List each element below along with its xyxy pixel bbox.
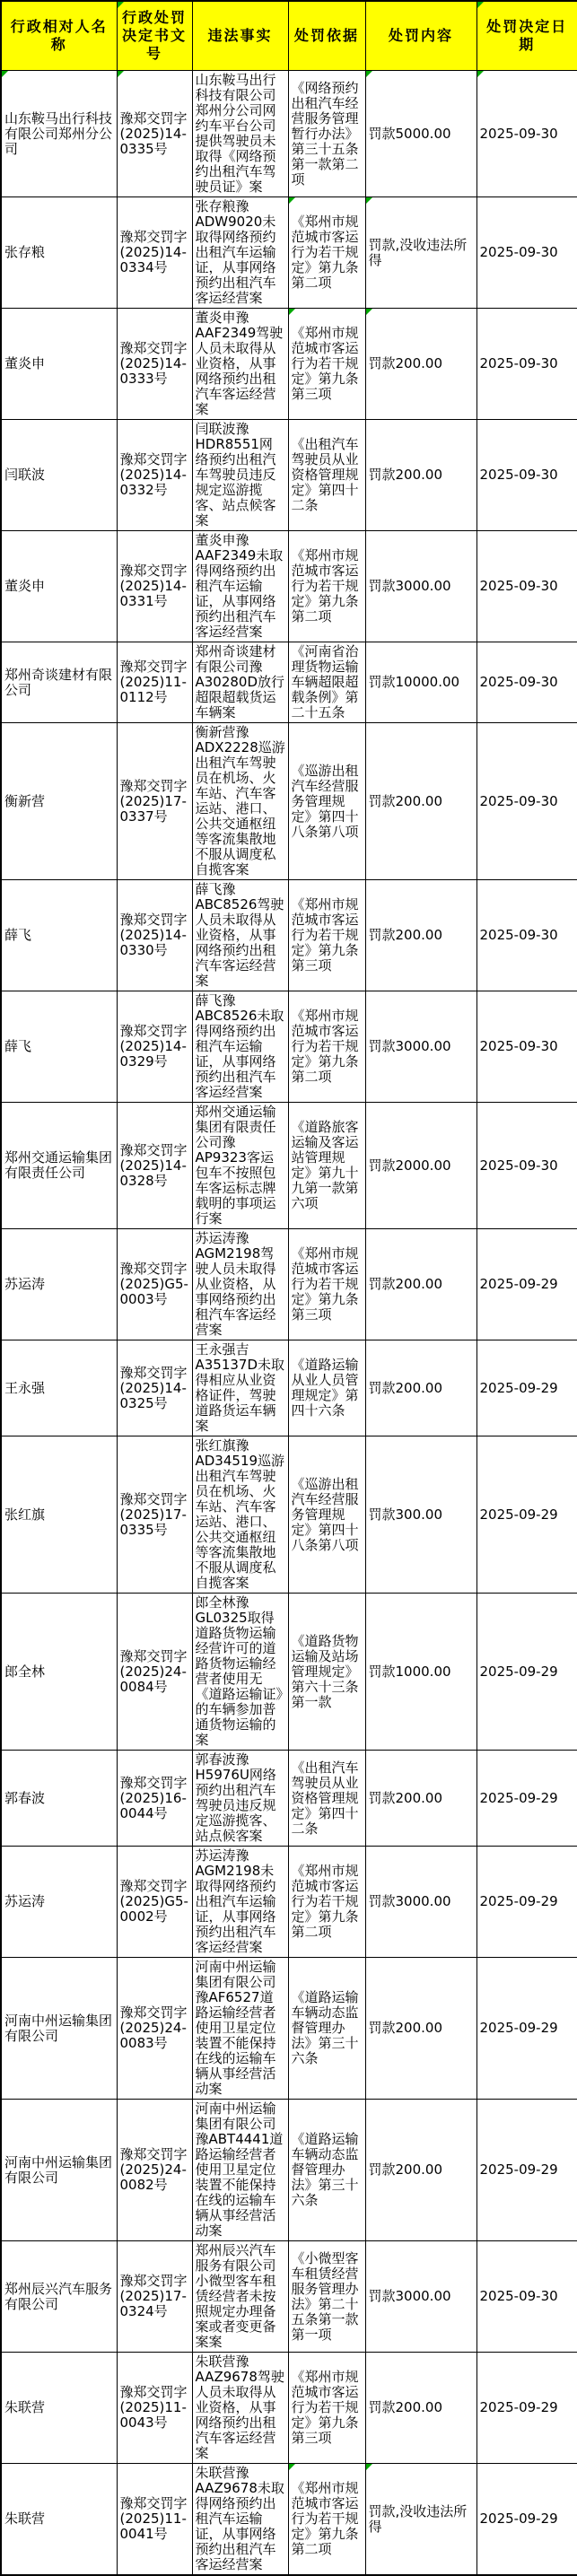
- cell-doc: 豫郑交罚字(2025)14-0329号: [117, 991, 192, 1103]
- cell-basis: 《道路运输车辆动态监督管理办法》第三十六条: [288, 1958, 365, 2100]
- cell-date: 2025-09-30: [476, 880, 577, 991]
- cell-name: 郎全林: [1, 1594, 117, 1751]
- table-row: 朱联营豫郑交罚字(2025)11-0041号朱联营豫AAZ9678未取得网络预约…: [1, 2464, 577, 2576]
- cell-name: 郑州奇谈建材有限公司: [1, 642, 117, 723]
- cell-doc: 豫郑交罚字(2025)14-0330号: [117, 880, 192, 991]
- cell-penalty: 罚款1000.00: [365, 1594, 476, 1751]
- table-row: 郑州辰兴汽车服务有限公司豫郑交罚字(2025)17-0324号郑州辰兴汽车服务有…: [1, 2241, 577, 2353]
- cell-doc: 豫郑交罚字(2025)17-0335号: [117, 1436, 192, 1594]
- table-row: 闫联波豫郑交罚字(2025)14-0332号闫联波豫HDR8551网络预约出租汽…: [1, 420, 577, 531]
- cell-doc: 豫郑交罚字(2025)11-0041号: [117, 2464, 192, 2576]
- cell-name: 张存粮: [1, 197, 117, 309]
- cell-basis: 《郑州市规范城市客运行为若干规定》第九条第二项: [288, 197, 365, 309]
- cell-facts: 王永强吉A35137D未取得相应从业资格证件，驾驶道路货运车辆案: [192, 1340, 288, 1436]
- cell-date: 2025-09-30: [476, 531, 577, 642]
- table-row: 王永强豫郑交罚字(2025)14-0325号王永强吉A35137D未取得相应从业…: [1, 1340, 577, 1436]
- cell-penalty: 罚款5000.00: [365, 71, 476, 197]
- cell-penalty: 罚款2000.00: [365, 1103, 476, 1229]
- cell-corner-flag-icon: [289, 309, 295, 315]
- cell-basis: 《网络预约出租汽车经营服务管理暂行办法》第三十五条第一款第二项: [288, 71, 365, 197]
- cell-corner-flag-icon: [366, 2464, 372, 2470]
- cell-basis: 《郑州市规范城市客运行为若干规定》第九条第三项: [288, 1229, 365, 1340]
- cell-doc: 豫郑交罚字(2025)14-0331号: [117, 531, 192, 642]
- cell-basis: 《郑州市规范城市客运行为若干规定》第九条第三项: [288, 880, 365, 991]
- cell-corner-flag-icon: [477, 71, 484, 77]
- cell-penalty: 罚款200.00: [365, 723, 476, 880]
- cell-name: 董炎申: [1, 531, 117, 642]
- cell-name: 闫联波: [1, 420, 117, 531]
- cell-penalty: 罚款3000.00: [365, 1847, 476, 1958]
- cell-name: 苏运涛: [1, 1847, 117, 1958]
- cell-name: 郭春波: [1, 1751, 117, 1847]
- cell-facts: 董炎申豫AAF2349驾驶人员未取得从业资格，从事网络预约出租汽车客运经营案: [192, 309, 288, 420]
- cell-date: 2025-09-29: [476, 2464, 577, 2576]
- table-row: 郑州奇谈建材有限公司豫郑交罚字(2025)11-0112号郑州奇谈建材有限公司豫…: [1, 642, 577, 723]
- cell-corner-flag-icon: [366, 197, 372, 204]
- cell-penalty: 罚款3000.00: [365, 991, 476, 1103]
- cell-date: 2025-09-29: [476, 1436, 577, 1594]
- table-row: 朱联营豫郑交罚字(2025)11-0043号朱联营豫AAZ9678驾驶人员未取得…: [1, 2353, 577, 2464]
- cell-penalty: 罚款3000.00: [365, 2241, 476, 2353]
- cell-basis: 《道路运输车辆动态监督管理办法》第三十六条: [288, 2100, 365, 2241]
- cell-basis: 《郑州市规范城市客运行为若干规定》第九条第三项: [288, 2353, 365, 2464]
- table-row: 张红旗豫郑交罚字(2025)17-0335号张红旗豫AD34519巡游出租汽车驾…: [1, 1436, 577, 1594]
- cell-date: 2025-09-29: [476, 1340, 577, 1436]
- cell-corner-flag-icon: [118, 71, 124, 77]
- table-body: 山东鞍马出行科技有限公司郑州分公司豫郑交罚字(2025)14-0335号山东鞍马…: [1, 71, 577, 2576]
- cell-basis: 《道路货物运输及站场管理规定》第六十三条第一款: [288, 1594, 365, 1751]
- table-row: 董炎申豫郑交罚字(2025)14-0333号董炎申豫AAF2349驾驶人员未取得…: [1, 309, 577, 420]
- cell-doc: 豫郑交罚字(2025)14-0325号: [117, 1340, 192, 1436]
- cell-name: 衡新营: [1, 723, 117, 880]
- table-row: 山东鞍马出行科技有限公司郑州分公司豫郑交罚字(2025)14-0335号山东鞍马…: [1, 71, 577, 197]
- cell-facts: 朱联营豫AAZ9678未取得网络预约出租汽车运输证，从事网络预约出租汽车客运经营…: [192, 2464, 288, 2576]
- cell-name: 苏运涛: [1, 1229, 117, 1340]
- cell-corner-flag-icon: [366, 71, 372, 77]
- cell-date: 2025-09-29: [476, 1594, 577, 1751]
- cell-basis: 《郑州市规范城市客运行为若干规定》第九条第三项: [288, 309, 365, 420]
- cell-doc: 豫郑交罚字(2025)14-0334号: [117, 197, 192, 309]
- cell-date: 2025-09-29: [476, 1229, 577, 1340]
- cell-doc: 豫郑交罚字(2025)14-0332号: [117, 420, 192, 531]
- cell-penalty: 罚款3000.00: [365, 531, 476, 642]
- cell-facts: 山东鞍马出行科技有限公司郑州分公司网约车平台公司提供驾驶员未取得《网络预约出租汽…: [192, 71, 288, 197]
- cell-name: 朱联营: [1, 2464, 117, 2576]
- cell-corner-flag-icon: [477, 2, 484, 8]
- cell-date: 2025-09-30: [476, 309, 577, 420]
- cell-facts: 郭春波豫H5976U网络预约出租汽车驾驶员违反规定巡游揽客、站点候客案: [192, 1751, 288, 1847]
- cell-basis: 《出租汽车驾驶员从业资格管理规定》第四十二条: [288, 420, 365, 531]
- cell-name: 河南中州运输集团有限公司: [1, 1958, 117, 2100]
- col-header-name: 行政相对人名称: [1, 1, 117, 71]
- cell-name: 河南中州运输集团有限公司: [1, 2100, 117, 2241]
- cell-penalty: 罚款200.00: [365, 880, 476, 991]
- cell-date: 2025-09-30: [476, 71, 577, 197]
- cell-name: 郑州辰兴汽车服务有限公司: [1, 2241, 117, 2353]
- cell-basis: 《小微型客车租赁经营服务管理办法》第二十五条第一款第一项: [288, 2241, 365, 2353]
- cell-penalty: 罚款10000.00: [365, 642, 476, 723]
- cell-name: 王永强: [1, 1340, 117, 1436]
- cell-basis: 《郑州市规范城市客运行为若干规定》第九条第二项: [288, 991, 365, 1103]
- col-header-facts: 违法事实: [192, 1, 288, 71]
- cell-basis: 《郑州市规范城市客运行为若干规定》第九条第二项: [288, 531, 365, 642]
- cell-penalty: 罚款200.00: [365, 1958, 476, 2100]
- cell-facts: 苏运涛豫AGM2198驾驶人员未取得从业资格，从事网络预约出租汽车客运经营案: [192, 1229, 288, 1340]
- cell-date: 2025-09-30: [476, 991, 577, 1103]
- table-row: 薛飞豫郑交罚字(2025)14-0329号薛飞豫ABC8526未取得网络预约出租…: [1, 991, 577, 1103]
- cell-doc: 豫郑交罚字(2025)G5-0003号: [117, 1229, 192, 1340]
- cell-facts: 郎全林豫GL0325取得道路货物运输经营许可的道路货物运输经营者使用无《道路运输…: [192, 1594, 288, 1751]
- cell-facts: 河南中州运输集团有限公司豫AF6527道路运输经营者使用卫星定位装置不能保持在线…: [192, 1958, 288, 2100]
- cell-name: 董炎申: [1, 309, 117, 420]
- col-header-doc-no: 行政处罚决定书文号: [117, 1, 192, 71]
- table-row: 张存粮豫郑交罚字(2025)14-0334号张存粮豫ADW9020未取得网络预约…: [1, 197, 577, 309]
- cell-date: 2025-09-29: [476, 2100, 577, 2241]
- cell-facts: 郑州辰兴汽车服务有限公司小微型客车租赁经营者未按照规定办理备案或者变更备案案: [192, 2241, 288, 2353]
- cell-date: 2025-09-30: [476, 723, 577, 880]
- cell-facts: 薛飞豫ABC8526驾驶人员未取得从业资格，从事网络预约出租汽车客运经营案: [192, 880, 288, 991]
- cell-corner-flag-icon: [366, 309, 372, 315]
- cell-name: 张红旗: [1, 1436, 117, 1594]
- cell-facts: 朱联营豫AAZ9678驾驶人员未取得从业资格，从事网络预约出租汽车客运经营案: [192, 2353, 288, 2464]
- cell-doc: 豫郑交罚字(2025)14-0335号: [117, 71, 192, 197]
- cell-penalty: 罚款200.00: [365, 1340, 476, 1436]
- cell-facts: 张红旗豫AD34519巡游出租汽车驾驶员在机场、火车站、汽车客运站、港口、公共交…: [192, 1436, 288, 1594]
- header-row: 行政相对人名称 行政处罚决定书文号 违法事实 处罚依据 处罚内容 处罚决定日期: [1, 1, 577, 71]
- cell-penalty: 罚款200.00: [365, 2353, 476, 2464]
- cell-penalty: 罚款200.00: [365, 2100, 476, 2241]
- cell-doc: 豫郑交罚字(2025)11-0112号: [117, 642, 192, 723]
- table-row: 衡新营豫郑交罚字(2025)17-0337号衡新营豫ADX2228巡游出租汽车驾…: [1, 723, 577, 880]
- table-row: 河南中州运输集团有限公司豫郑交罚字(2025)24-0083号河南中州运输集团有…: [1, 1958, 577, 2100]
- cell-penalty: 罚款,没收违法所得: [365, 197, 476, 309]
- cell-name: 薛飞: [1, 991, 117, 1103]
- cell-doc: 豫郑交罚字(2025)24-0082号: [117, 2100, 192, 2241]
- cell-basis: 《出租汽车驾驶员从业资格管理规定》第四十二条: [288, 1751, 365, 1847]
- cell-date: 2025-09-30: [476, 197, 577, 309]
- cell-facts: 郑州交通运输集团有限责任公司豫AP9323客运包车不按照包车客运标志牌载明的事项…: [192, 1103, 288, 1229]
- cell-basis: 《道路旅客运输及客运站管理规定》第九十九第一款第六项: [288, 1103, 365, 1229]
- cell-date: 2025-09-29: [476, 1751, 577, 1847]
- cell-facts: 河南中州运输集团有限公司豫ABT4441道路运输经营者使用卫星定位装置不能保持在…: [192, 2100, 288, 2241]
- cell-name: 薛飞: [1, 880, 117, 991]
- cell-doc: 豫郑交罚字(2025)14-0333号: [117, 309, 192, 420]
- cell-basis: 《道路运输从业人员管理规定》第四十六条: [288, 1340, 365, 1436]
- cell-corner-flag-icon: [2, 71, 8, 77]
- table-row: 郭春波豫郑交罚字(2025)16-0044号郭春波豫H5976U网络预约出租汽车…: [1, 1751, 577, 1847]
- cell-penalty: 罚款200.00: [365, 1229, 476, 1340]
- cell-facts: 薛飞豫ABC8526未取得网络预约出租汽车运输证，从事网络预约出租汽车客运经营案: [192, 991, 288, 1103]
- col-header-date: 处罚决定日期: [476, 1, 577, 71]
- col-header-penalty: 处罚内容: [365, 1, 476, 71]
- table-header: 行政相对人名称 行政处罚决定书文号 违法事实 处罚依据 处罚内容 处罚决定日期: [1, 1, 577, 71]
- cell-penalty: 罚款300.00: [365, 1436, 476, 1594]
- table-row: 郑州交通运输集团有限责任公司豫郑交罚字(2025)14-0328号郑州交通运输集…: [1, 1103, 577, 1229]
- cell-penalty: 罚款200.00: [365, 309, 476, 420]
- cell-facts: 衡新营豫ADX2228巡游出租汽车驾驶员在机场、火车站、汽车客运站、港口、公共交…: [192, 723, 288, 880]
- cell-doc: 豫郑交罚字(2025)17-0324号: [117, 2241, 192, 2353]
- cell-corner-flag-icon: [118, 2, 124, 8]
- cell-doc: 豫郑交罚字(2025)24-0083号: [117, 1958, 192, 2100]
- cell-penalty: 罚款200.00: [365, 1751, 476, 1847]
- cell-facts: 苏运涛豫AGM2198未取得网络预约出租汽车运输证，从事网络预约出租汽车客运经营…: [192, 1847, 288, 1958]
- cell-basis: 《巡游出租汽车经营服务管理规定》第四十八条第八项: [288, 1436, 365, 1594]
- cell-facts: 闫联波豫HDR8551网络预约出租汽车驾驶员违反规定巡游揽客、站点候客案: [192, 420, 288, 531]
- table-row: 薛飞豫郑交罚字(2025)14-0330号薛飞豫ABC8526驾驶人员未取得从业…: [1, 880, 577, 991]
- cell-name: 山东鞍马出行科技有限公司郑州分公司: [1, 71, 117, 197]
- cell-facts: 张存粮豫ADW9020未取得网络预约出租汽车运输证，从事网络预约出租汽车客运经营…: [192, 197, 288, 309]
- penalty-table: 行政相对人名称 行政处罚决定书文号 违法事实 处罚依据 处罚内容 处罚决定日期 …: [0, 0, 577, 2576]
- table-row: 董炎申豫郑交罚字(2025)14-0331号董炎申豫AAF2349未取得网络预约…: [1, 531, 577, 642]
- cell-basis: 《郑州市规范城市客运行为若干规定》第九条第二项: [288, 1847, 365, 1958]
- cell-name: 郑州交通运输集团有限责任公司: [1, 1103, 117, 1229]
- cell-doc: 豫郑交罚字(2025)G5-0002号: [117, 1847, 192, 1958]
- cell-corner-flag-icon: [289, 197, 295, 204]
- cell-penalty: 罚款200.00: [365, 420, 476, 531]
- cell-basis: 《郑州市规范城市客运行为若干规定》第九条第二项: [288, 2464, 365, 2576]
- cell-date: 2025-09-30: [476, 1103, 577, 1229]
- table-row: 苏运涛豫郑交罚字(2025)G5-0002号苏运涛豫AGM2198未取得网络预约…: [1, 1847, 577, 1958]
- cell-date: 2025-09-30: [476, 420, 577, 531]
- cell-basis: 《河南省治理货物运输车辆超限超载条例》第二十五条: [288, 642, 365, 723]
- cell-date: 2025-09-30: [476, 2241, 577, 2353]
- cell-doc: 豫郑交罚字(2025)17-0337号: [117, 723, 192, 880]
- cell-name: 朱联营: [1, 2353, 117, 2464]
- cell-date: 2025-09-30: [476, 642, 577, 723]
- cell-corner-flag-icon: [289, 2464, 295, 2470]
- table-row: 郎全林豫郑交罚字(2025)24-0084号郎全林豫GL0325取得道路货物运输…: [1, 1594, 577, 1751]
- cell-date: 2025-09-29: [476, 2353, 577, 2464]
- col-header-basis: 处罚依据: [288, 1, 365, 71]
- cell-doc: 豫郑交罚字(2025)16-0044号: [117, 1751, 192, 1847]
- cell-doc: 豫郑交罚字(2025)14-0328号: [117, 1103, 192, 1229]
- cell-date: 2025-09-29: [476, 1847, 577, 1958]
- cell-penalty: 罚款,没收违法所得: [365, 2464, 476, 2576]
- cell-facts: 董炎申豫AAF2349未取得网络预约出租汽车运输证，从事网络预约出租汽车客运经营…: [192, 531, 288, 642]
- table-row: 苏运涛豫郑交罚字(2025)G5-0003号苏运涛豫AGM2198驾驶人员未取得…: [1, 1229, 577, 1340]
- cell-basis: 《巡游出租汽车经营服务管理规定》第四十八条第八项: [288, 723, 365, 880]
- table-row: 河南中州运输集团有限公司豫郑交罚字(2025)24-0082号河南中州运输集团有…: [1, 2100, 577, 2241]
- cell-date: 2025-09-29: [476, 1958, 577, 2100]
- cell-doc: 豫郑交罚字(2025)11-0043号: [117, 2353, 192, 2464]
- cell-doc: 豫郑交罚字(2025)24-0084号: [117, 1594, 192, 1751]
- cell-facts: 郑州奇谈建材有限公司豫A30280D放行超限超载货运车辆案: [192, 642, 288, 723]
